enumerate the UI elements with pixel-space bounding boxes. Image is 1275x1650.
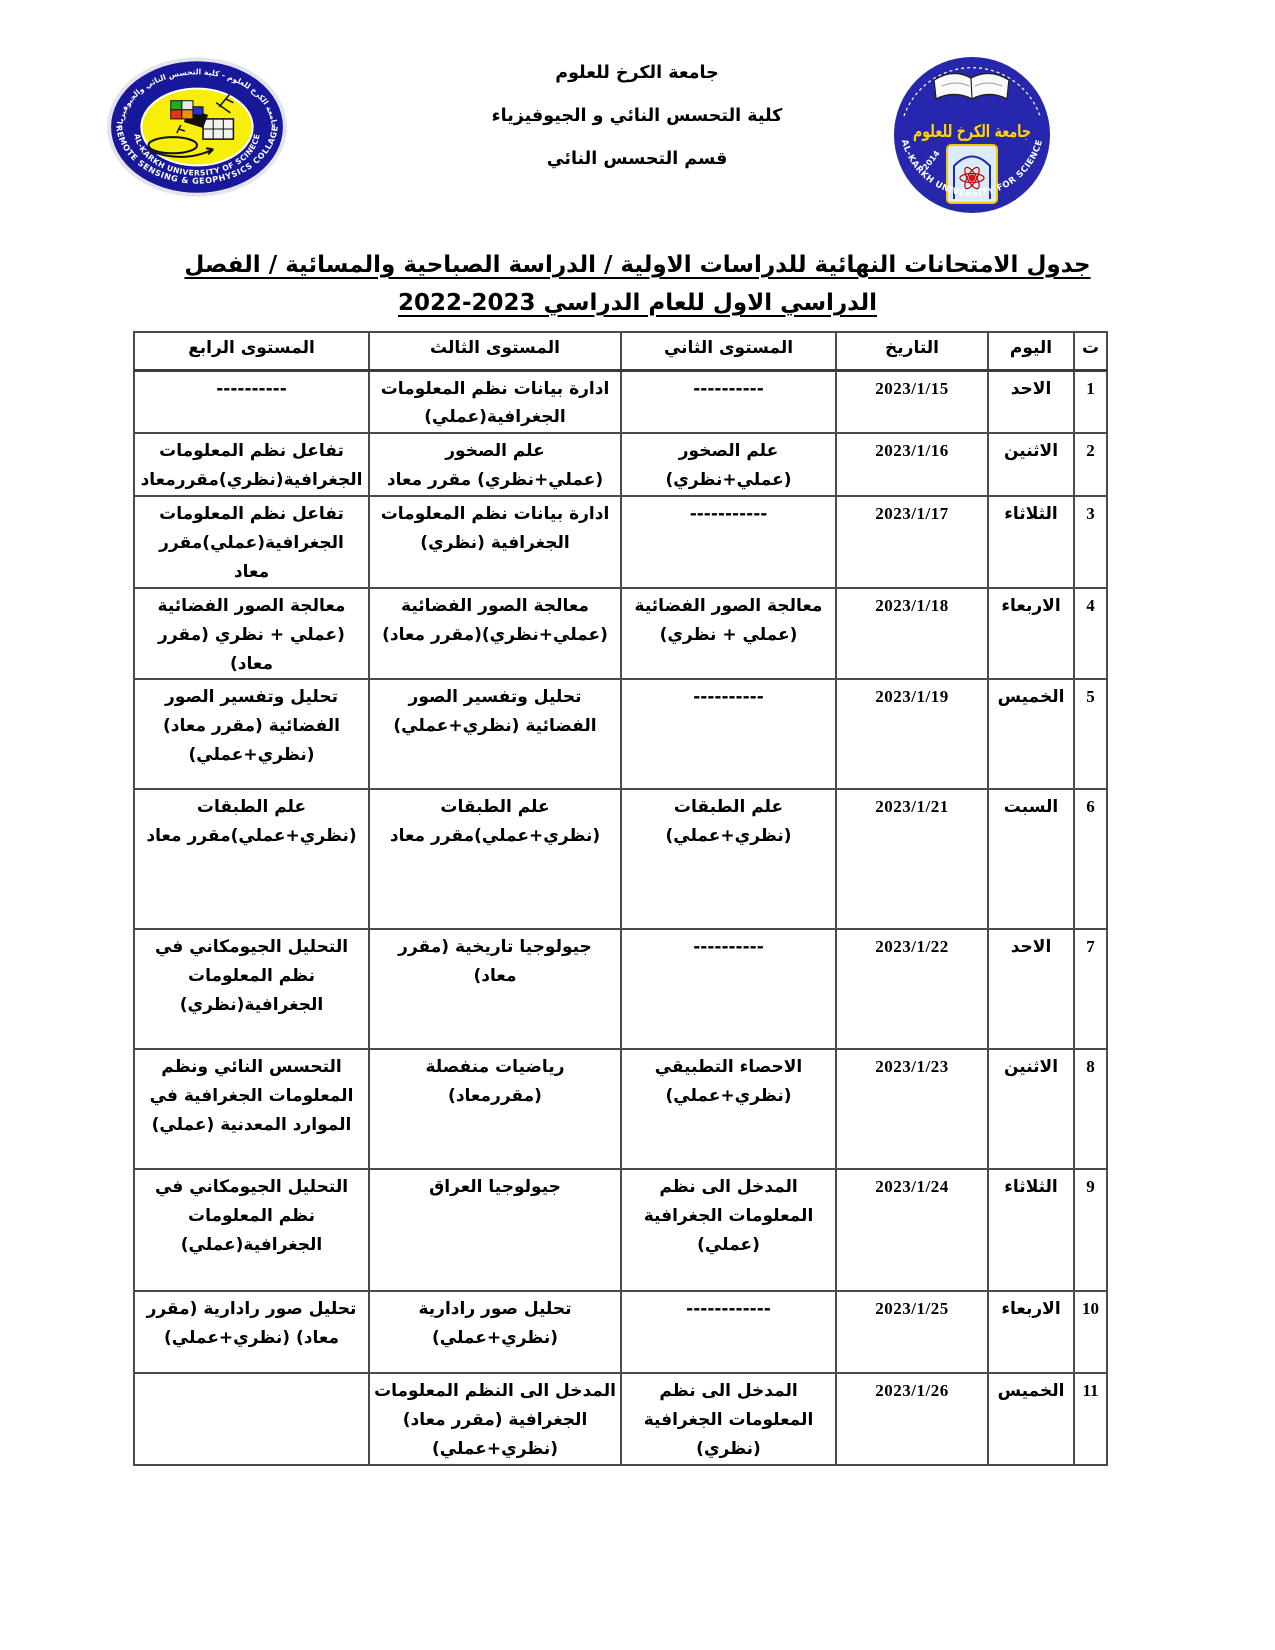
cell-level2: الاحصاء التطبيقي (نظري+عملي) — [621, 1049, 836, 1169]
cell-date: 2023/1/15 — [836, 370, 988, 433]
cell-date: 2023/1/23 — [836, 1049, 988, 1169]
cell-no: 8 — [1074, 1049, 1107, 1169]
cell-day: السبت — [988, 789, 1074, 929]
cell-level2: معالجة الصور الفضائية (عملي + نظري) — [621, 588, 836, 680]
cell-level3: تحليل وتفسير الصور الفضائية (نظري+عملي) — [369, 679, 621, 789]
table-row: 9الثلاثاء2023/1/24المدخل الى نظم المعلوم… — [134, 1169, 1107, 1291]
cell-date: 2023/1/18 — [836, 588, 988, 680]
exam-table-body: 1الاحد2023/1/15----------ادارة بيانات نظ… — [134, 370, 1107, 1465]
university-name: جامعة الكرخ للعلوم — [337, 52, 937, 95]
exam-table-head: ت اليوم التاريخ المستوى الثاني المستوى ا… — [134, 332, 1107, 370]
cell-level3: علم الطبقات (نظري+عملي)مقرر معاد — [369, 789, 621, 929]
col-header-day: اليوم — [988, 332, 1074, 370]
table-row: 5الخميس2023/1/19----------تحليل وتفسير ا… — [134, 679, 1107, 789]
cell-day: الاثنين — [988, 1049, 1074, 1169]
cell-date: 2023/1/22 — [836, 929, 988, 1049]
cell-day: الاثنين — [988, 433, 1074, 496]
cell-level2: ---------- — [621, 929, 836, 1049]
table-row: 11الخميس2023/1/26المدخل الى نظم المعلوما… — [134, 1373, 1107, 1465]
cell-level2: ----------- — [621, 496, 836, 588]
cell-date: 2023/1/26 — [836, 1373, 988, 1465]
cell-no: 4 — [1074, 588, 1107, 680]
col-header-date: التاريخ — [836, 332, 988, 370]
cell-no: 3 — [1074, 496, 1107, 588]
table-row: 8الاثنين2023/1/23الاحصاء التطبيقي (نظري+… — [134, 1049, 1107, 1169]
cell-level3: تحليل صور رادارية (نظري+عملي) — [369, 1291, 621, 1373]
cell-level4: تفاعل نظم المعلومات الجغرافية(نظري)مقررم… — [134, 433, 369, 496]
letterhead-text: جامعة الكرخ للعلوم كلية التحسس النائي و … — [337, 52, 937, 181]
cell-level4: تحليل وتفسير الصور الفضائية (مقرر معاد) … — [134, 679, 369, 789]
cell-day: الخميس — [988, 1373, 1074, 1465]
cell-level2: المدخل الى نظم المعلومات الجغرافية (نظري… — [621, 1373, 836, 1465]
cell-date: 2023/1/16 — [836, 433, 988, 496]
exam-schedule-table: ت اليوم التاريخ المستوى الثاني المستوى ا… — [133, 331, 1108, 1466]
header-row: ت اليوم التاريخ المستوى الثاني المستوى ا… — [134, 332, 1107, 370]
cell-day: الاحد — [988, 929, 1074, 1049]
col-header-number: ت — [1074, 332, 1107, 370]
cell-date: 2023/1/24 — [836, 1169, 988, 1291]
open-book-icon — [934, 73, 1009, 99]
cell-day: الثلاثاء — [988, 1169, 1074, 1291]
cell-no: 1 — [1074, 370, 1107, 433]
cell-day: الثلاثاء — [988, 496, 1074, 588]
table-row: 6السبت2023/1/21علم الطبقات (نظري+عملي)عل… — [134, 789, 1107, 929]
cell-level3: جيولوجيا تاريخية (مقرر معاد) — [369, 929, 621, 1049]
cell-no: 7 — [1074, 929, 1107, 1049]
cell-level4: التحليل الجيومكاني في نظم المعلومات الجغ… — [134, 1169, 369, 1291]
cell-level2: ------------ — [621, 1291, 836, 1373]
cell-level4: ---------- — [134, 370, 369, 433]
table-row: 1الاحد2023/1/15----------ادارة بيانات نظ… — [134, 370, 1107, 433]
cell-no: 10 — [1074, 1291, 1107, 1373]
cell-day: الاربعاء — [988, 588, 1074, 680]
department-name: قسم التحسس النائي — [337, 138, 937, 181]
table-row: 10الاربعاء2023/1/25------------تحليل صور… — [134, 1291, 1107, 1373]
cell-no: 9 — [1074, 1169, 1107, 1291]
cell-level2: علم الصخور (عملي+نظري) — [621, 433, 836, 496]
cell-level2: ---------- — [621, 370, 836, 433]
document-title: جدول الامتحانات النهائية للدراسات الاولي… — [60, 246, 1215, 322]
university-emblem-logo: جامعة الكرخ للعلوم 2014 AL-KARKH UNIVERS… — [884, 38, 1060, 224]
table-row: 3الثلاثاء2023/1/17-----------ادارة بيانا… — [134, 496, 1107, 588]
cell-day: الخميس — [988, 679, 1074, 789]
cell-date: 2023/1/17 — [836, 496, 988, 588]
cell-no: 11 — [1074, 1373, 1107, 1465]
col-header-level4: المستوى الرابع — [134, 332, 369, 370]
college-name: كلية التحسس النائي و الجيوفيزياء — [337, 95, 937, 138]
cell-level3: رياضيات منفصلة (مقررمعاد) — [369, 1049, 621, 1169]
cell-date: 2023/1/19 — [836, 679, 988, 789]
cell-level4 — [134, 1373, 369, 1465]
cell-level2: المدخل الى نظم المعلومات الجغرافية (عملي… — [621, 1169, 836, 1291]
cell-level4: معالجة الصور الفضائية (عملي + نظري (مقرر… — [134, 588, 369, 680]
cell-level4: تحليل صور رادارية (مقرر معاد) (نظري+عملي… — [134, 1291, 369, 1373]
col-header-level3: المستوى الثالث — [369, 332, 621, 370]
cell-level3: معالجة الصور الفضائية (عملي+نظري)(مقرر م… — [369, 588, 621, 680]
col-header-level2: المستوى الثاني — [621, 332, 836, 370]
cell-no: 6 — [1074, 789, 1107, 929]
document-page: جامعة الكرخ للعلوم - كلية التحسس النائي … — [0, 0, 1275, 1650]
cell-level4: التحسس النائي ونظم المعلومات الجغرافية ف… — [134, 1049, 369, 1169]
cell-level3: ادارة بيانات نظم المعلومات الجغرافية (نظ… — [369, 496, 621, 588]
table-row: 4الاربعاء2023/1/18معالجة الصور الفضائية … — [134, 588, 1107, 680]
cell-day: الاربعاء — [988, 1291, 1074, 1373]
cell-no: 5 — [1074, 679, 1107, 789]
college-seal-logo: جامعة الكرخ للعلوم - كلية التحسس النائي … — [106, 56, 288, 198]
cell-level2: علم الطبقات (نظري+عملي) — [621, 789, 836, 929]
cell-level3: ادارة بيانات نظم المعلومات الجغرافية(عمل… — [369, 370, 621, 433]
table-row: 2الاثنين2023/1/16علم الصخور (عملي+نظري)ع… — [134, 433, 1107, 496]
title-line1: جدول الامتحانات النهائية للدراسات الاولي… — [60, 246, 1215, 284]
cell-level3: المدخل الى النظم المعلومات الجغرافية (مق… — [369, 1373, 621, 1465]
cell-level4: علم الطبقات (نظري+عملي)مقرر معاد — [134, 789, 369, 929]
cell-no: 2 — [1074, 433, 1107, 496]
cell-level3: جيولوجيا العراق — [369, 1169, 621, 1291]
cell-date: 2023/1/21 — [836, 789, 988, 929]
cell-level3: علم الصخور (عملي+نظري) مقرر معاد — [369, 433, 621, 496]
cell-level4: تفاعل نظم المعلومات الجغرافية(عملي)مقرر … — [134, 496, 369, 588]
cell-level2: ---------- — [621, 679, 836, 789]
document-header: جامعة الكرخ للعلوم - كلية التحسس النائي … — [0, 38, 1275, 238]
cell-level4: التحليل الجيومكاني في نظم المعلومات الجغ… — [134, 929, 369, 1049]
emblem-arabic-calligraphy: جامعة الكرخ للعلوم — [913, 122, 1031, 142]
cell-day: الاحد — [988, 370, 1074, 433]
cell-date: 2023/1/25 — [836, 1291, 988, 1373]
title-line2: الدراسي الاول للعام الدراسي 2023-2022 — [60, 284, 1215, 322]
table-row: 7الاحد2023/1/22----------جيولوجيا تاريخي… — [134, 929, 1107, 1049]
